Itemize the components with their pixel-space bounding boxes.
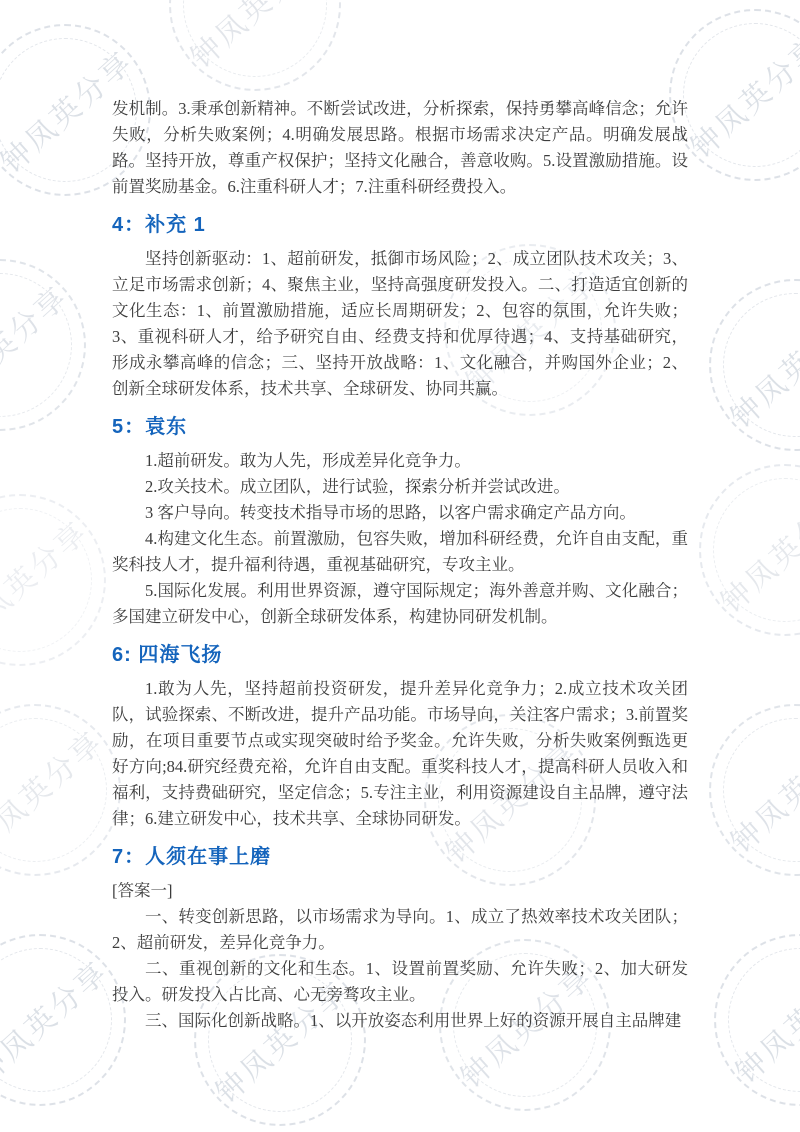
section-heading-5: 5：袁东 — [112, 414, 688, 440]
section-7-point-3: 三、国际化创新战略。1、以开放姿态利用世界上好的资源开展自主品牌建 — [112, 1008, 688, 1034]
answer-label: [答案一] — [112, 878, 688, 904]
document-page: 钟凤英分享钟凤英分享钟凤英分享钟凤英分享钟凤英分享钟凤英分享钟凤英分享钟凤英分享… — [0, 0, 800, 1132]
document-content: 发机制。3.秉承创新精神。不断尝试改进，分析探索，保持勇攀高峰信念；允许失败，分… — [0, 0, 800, 1034]
section-5-item-4: 4.构建文化生态。前置激励，包容失败，增加科研经费，允许自由支配，重奖科技人才，… — [112, 526, 688, 578]
section-5-item-5: 5.国际化发展。利用世界资源，遵守国际规定；海外善意并购、文化融合；多国建立研发… — [112, 578, 688, 630]
section-5-item-3: 3 客户导向。转变技术指导市场的思路，以客户需求确定产品方向。 — [112, 500, 688, 526]
section-heading-6: 6: 四海飞扬 — [112, 642, 688, 668]
section-6-paragraph: 1.敢为人先，坚持超前投资研发，提升差异化竞争力；2.成立技术攻关团队，试验探索… — [112, 676, 688, 832]
section-4-paragraph: 坚持创新驱动：1、超前研发，抵御市场风险；2、成立团队技术攻关；3、立足市场需求… — [112, 246, 688, 402]
continuation-paragraph: 发机制。3.秉承创新精神。不断尝试改进，分析探索，保持勇攀高峰信念；允许失败，分… — [112, 96, 688, 200]
section-5-item-1: 1.超前研发。敢为人先，形成差异化竞争力。 — [112, 448, 688, 474]
section-5-item-2: 2.攻关技术。成立团队，进行试验，探索分析并尝试改进。 — [112, 474, 688, 500]
section-7-point-2: 二、重视创新的文化和生态。1、设置前置奖励、允许失败；2、加大研发投入。研发投入… — [112, 956, 688, 1008]
section-heading-4: 4：补充 1 — [112, 212, 688, 238]
section-heading-7: 7：人须在事上磨 — [112, 844, 688, 870]
section-7-point-1: 一、转变创新思路，以市场需求为导向。1、成立了热效率技术攻关团队；2、超前研发，… — [112, 904, 688, 956]
